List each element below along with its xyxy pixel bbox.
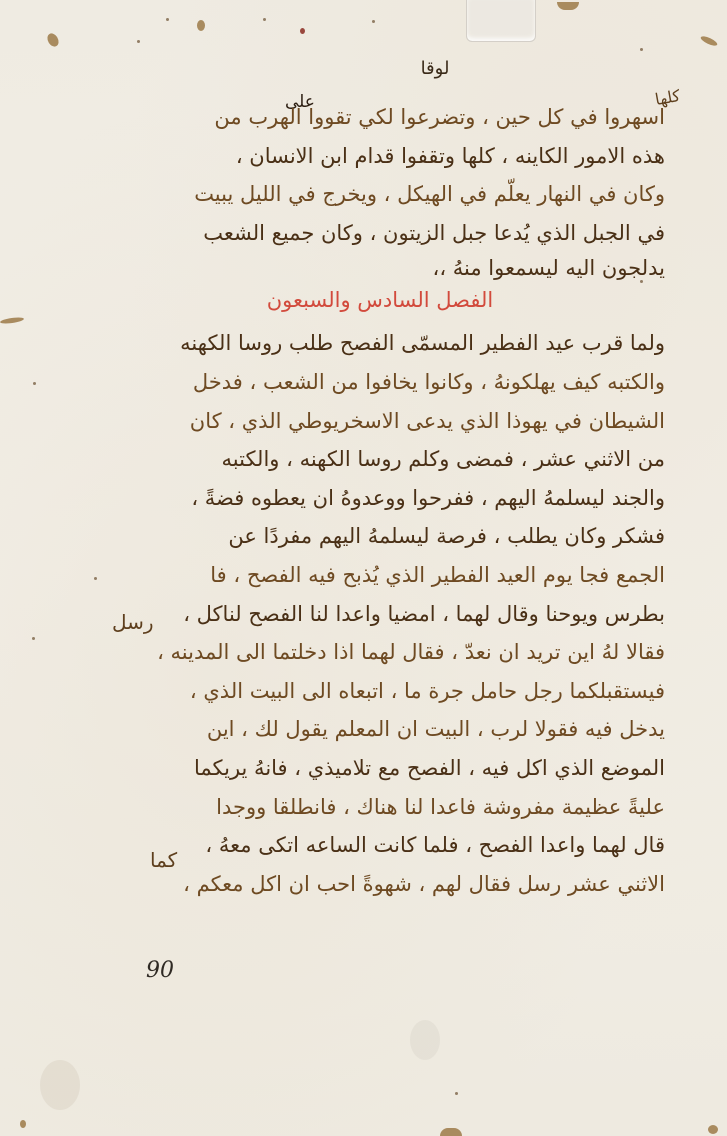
- ink-speck: [166, 18, 169, 21]
- chapter-rubric: الفصل السادس والسبعون: [165, 284, 665, 324]
- ink-speck: [137, 40, 140, 43]
- text-line: اسهروا في كل حين ، وتضرعوا لكي تقووا اله…: [165, 98, 665, 137]
- paper-stain: [40, 1060, 80, 1110]
- text-line: والجند ليسلمهُ اليهم ، ففرحوا ووعدوهُ ان…: [165, 479, 665, 518]
- text-line: ولما قرب عيد الفطير المسمّى الفصح طلب رو…: [165, 324, 665, 363]
- wormhole-damage: [20, 1120, 26, 1128]
- text-line: يدخل فيه فقولا لرب ، البيت ان المعلم يقو…: [165, 710, 665, 749]
- text-line: الجمع فجا يوم العيد الفطير الذي يُذبح في…: [165, 556, 665, 595]
- ink-speck: [94, 577, 97, 580]
- wormhole-damage: [557, 2, 579, 10]
- ink-speck: [372, 20, 375, 23]
- paper-stain: [410, 1020, 440, 1060]
- wormhole-damage: [300, 28, 305, 34]
- repair-tape: [466, 0, 536, 42]
- wormhole-damage: [700, 34, 719, 47]
- margin-note-left-middle: رسل: [112, 610, 154, 634]
- ink-speck: [33, 382, 36, 385]
- manuscript-text-block: اسهروا في كل حين ، وتضرعوا لكي تقووا اله…: [165, 98, 665, 903]
- text-line: والكتبه كيف يهلكونهُ ، وكانوا يخافوا من …: [165, 363, 665, 402]
- text-line: الشيطان في يهوذا الذي يدعى الاسخريوطي ال…: [165, 402, 665, 441]
- wormhole-damage: [45, 31, 61, 48]
- text-line: هذه الامور الكاينه ، كلها وتقفوا قدام اب…: [165, 137, 665, 176]
- wormhole-damage: [0, 316, 24, 324]
- text-line: في الجبل الذي يُدعا جبل الزيتون ، وكان ج…: [165, 214, 665, 253]
- text-line: من الاثني عشر ، فمضى وكلم روسا الكهنه ، …: [165, 440, 665, 479]
- text-line: بطرس ويوحنا وقال لهما ، امضيا واعدا لنا …: [165, 595, 665, 634]
- running-header: لوقا: [405, 58, 465, 79]
- ink-speck: [32, 637, 35, 640]
- wormhole-damage: [708, 1125, 718, 1134]
- text-line: يدلجون اليه ليسمعوا منهُ ،،: [165, 252, 665, 284]
- text-line: قال لهما واعدا الفصح ، فلما كانت الساعه …: [165, 826, 665, 865]
- ink-speck: [455, 1092, 458, 1095]
- text-line: فيستقبلكما رجل حامل جرة ما ، اتبعاه الى …: [165, 672, 665, 711]
- text-line: الاثني عشر رسل فقال لهم ، شهوةً احب ان ا…: [165, 865, 665, 904]
- text-line: فشكر وكان يطلب ، فرصة ليسلمهُ اليهم مفرد…: [165, 517, 665, 556]
- manuscript-page: لوقا على كلها رسل كما اسهروا في كل حين ،…: [0, 0, 727, 1136]
- text-line: عليةً عظيمة مفروشة فاعدا لنا هناك ، فانط…: [165, 788, 665, 827]
- ink-speck: [640, 48, 643, 51]
- wormhole-damage: [197, 20, 205, 31]
- text-line: فقالا لهُ اين تريد ان نعدّ ، فقال لهما ا…: [165, 633, 665, 672]
- ink-speck: [263, 18, 266, 21]
- wormhole-damage: [440, 1128, 462, 1136]
- folio-number: 90: [146, 958, 174, 983]
- text-line: وكان في النهار يعلّم في الهيكل ، ويخرج ف…: [165, 175, 665, 214]
- text-line: الموضع الذي اكل فيه ، الفصح مع تلاميذي ،…: [165, 749, 665, 788]
